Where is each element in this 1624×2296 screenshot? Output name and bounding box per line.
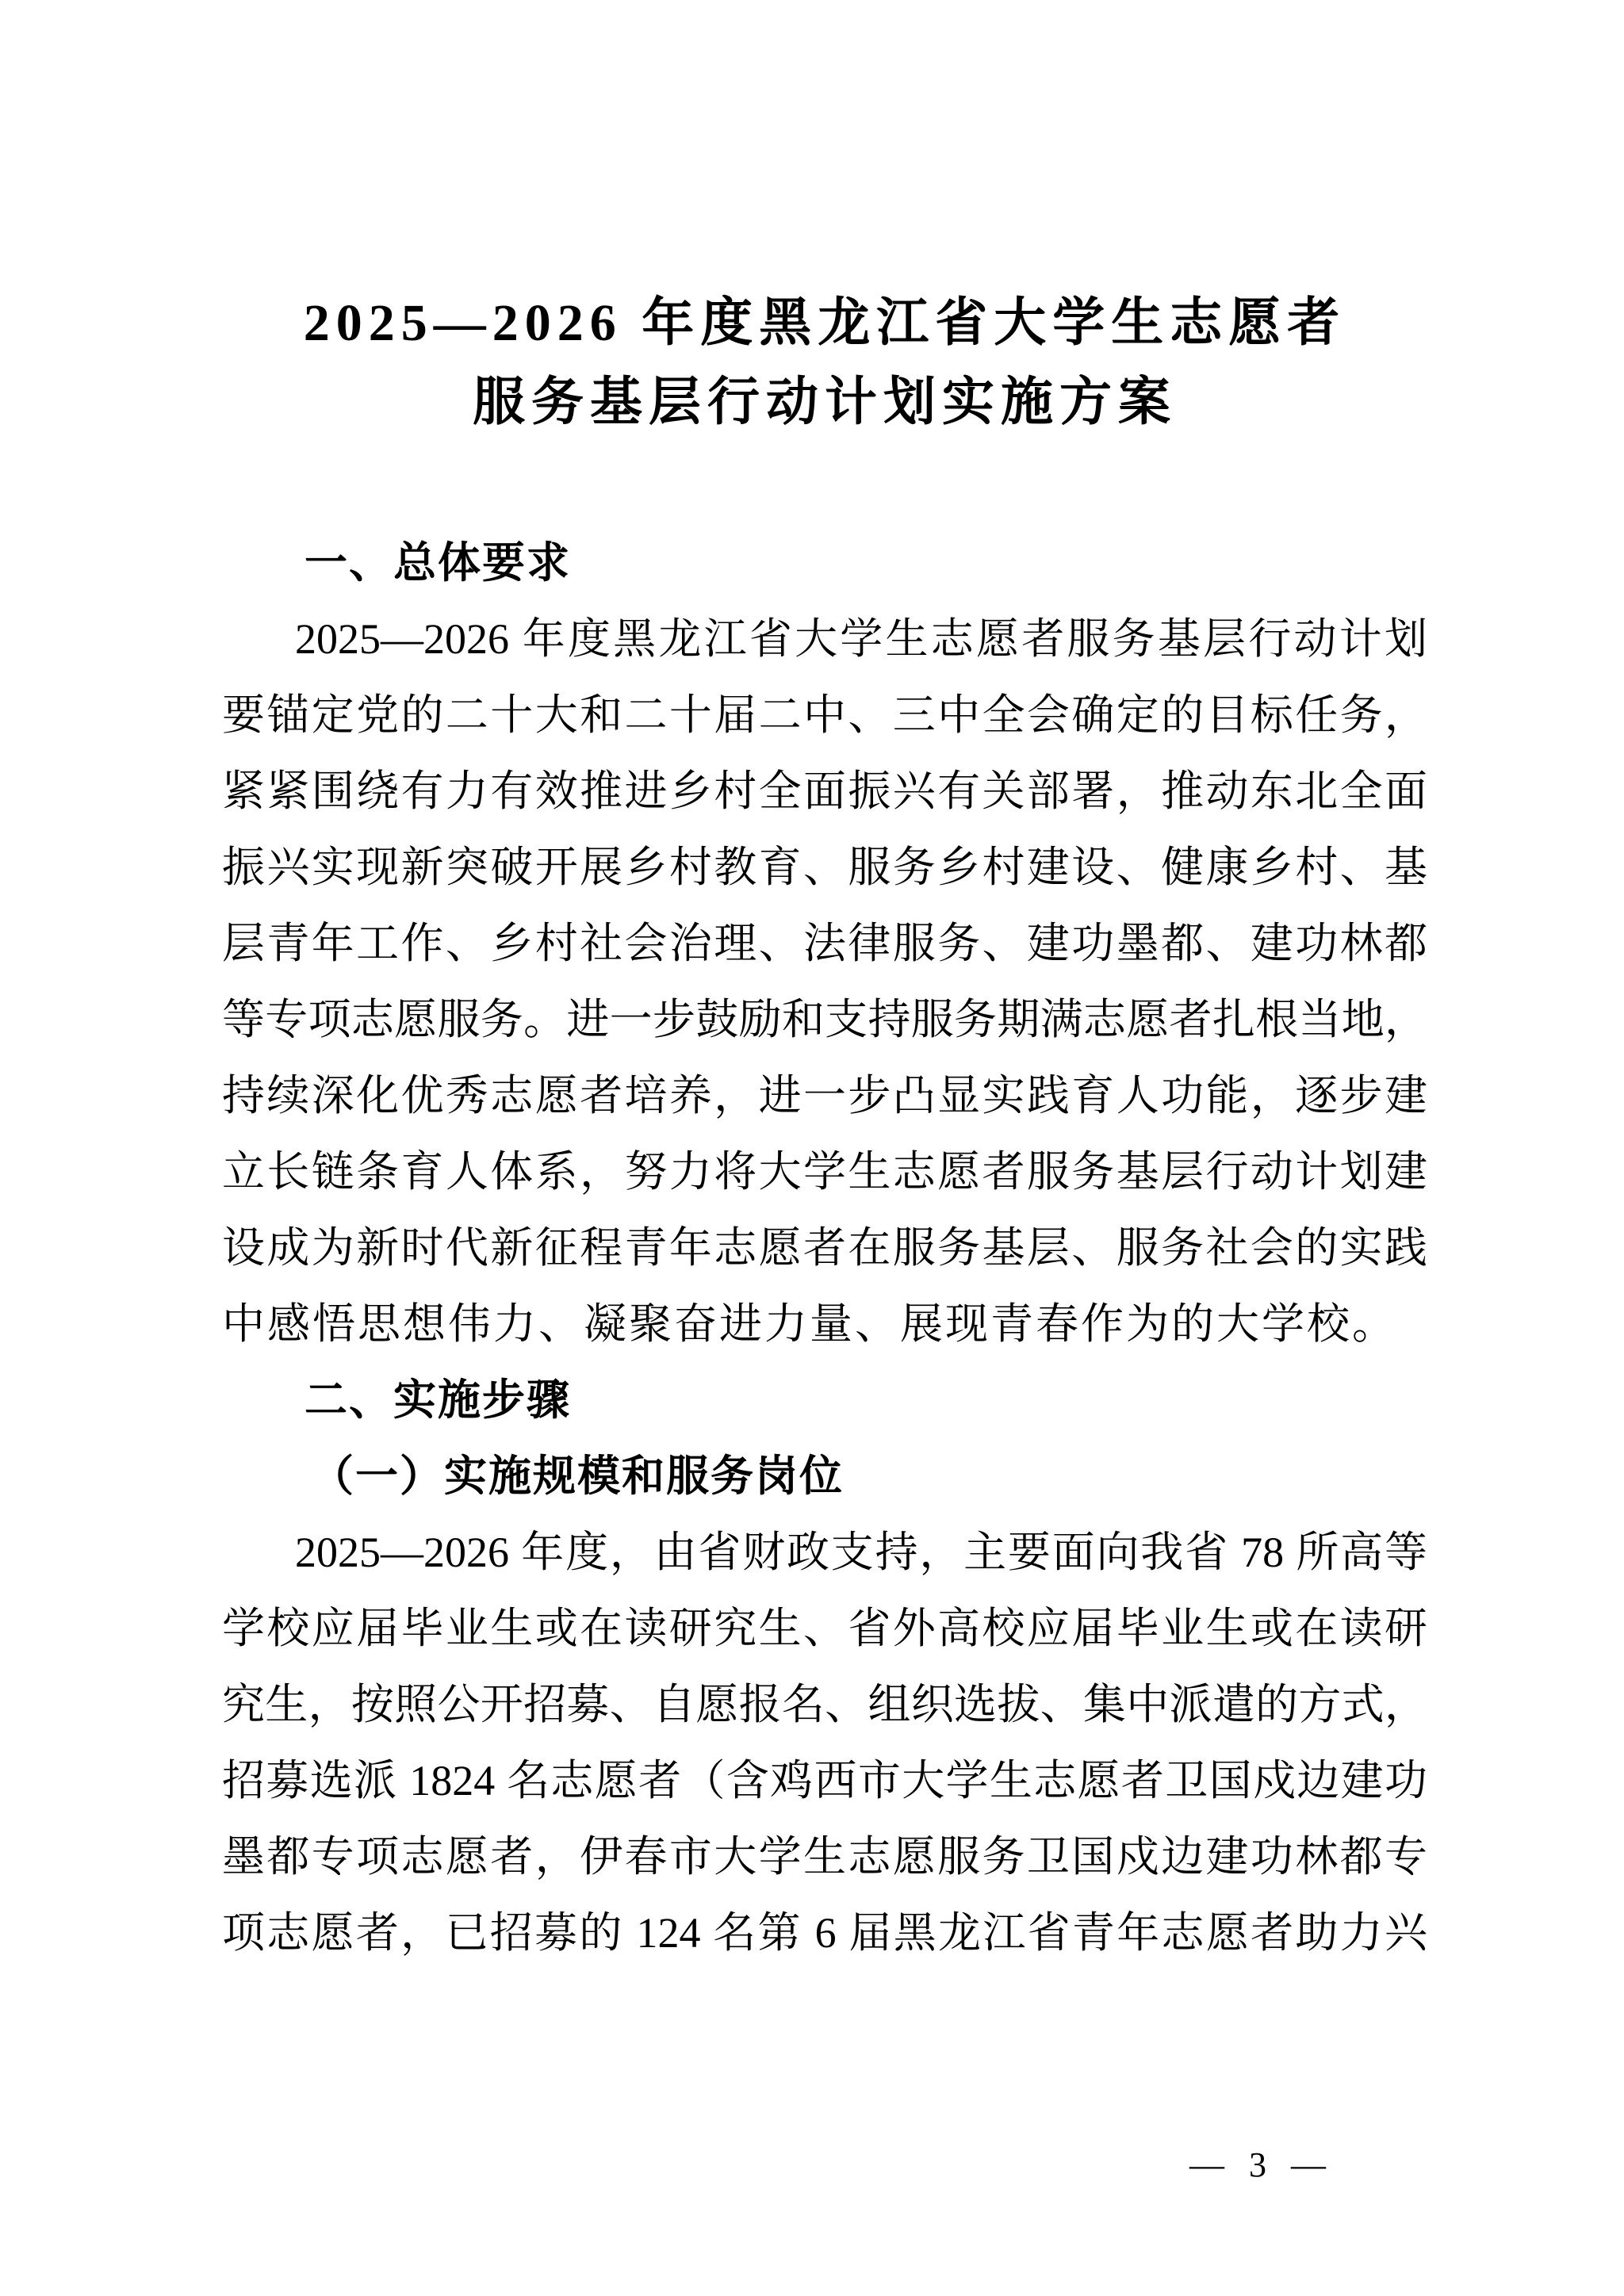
title-line-2: 服务基层行动计划实施方案 xyxy=(222,363,1427,442)
document-body: 一、总体要求 2025—2026 年度黑龙江省大学生志愿者服务基层行动计划 要锚… xyxy=(222,525,1427,1971)
page-number: — 3 — xyxy=(1189,2127,1334,2203)
paragraph-line: 要锚定党的二十大和二十届二中、三中全会确定的目标任务， xyxy=(222,677,1427,753)
paragraph-line: 2025—2026 年度黑龙江省大学生志愿者服务基层行动计划 xyxy=(222,601,1427,677)
paragraph-line: 振兴实现新突破开展乡村教育、服务乡村建设、健康乡村、基 xyxy=(222,829,1427,905)
document-title: 2025—2026 年度黑龙江省大学生志愿者 服务基层行动计划实施方案 xyxy=(222,284,1427,442)
document-page: 2025—2026 年度黑龙江省大学生志愿者 服务基层行动计划实施方案 一、总体… xyxy=(0,0,1624,2296)
paragraph-line: 项志愿者，已招募的 124 名第 6 届黑龙江省青年志愿者助力兴 xyxy=(222,1895,1427,1971)
paragraph-line: 立长链条育人体系，努力将大学生志愿者服务基层行动计划建 xyxy=(222,1134,1427,1210)
section-subheading-scale-and-positions: （一）实施规模和服务岗位 xyxy=(222,1438,1427,1514)
title-line-1: 2025—2026 年度黑龙江省大学生志愿者 xyxy=(222,284,1427,363)
section-heading-overall-requirements: 一、总体要求 xyxy=(222,525,1427,601)
paragraph-line: 2025—2026 年度，由省财政支持，主要面向我省 78 所高等 xyxy=(222,1514,1427,1590)
paragraph-line: 持续深化优秀志愿者培养，进一步凸显实践育人功能，逐步建 xyxy=(222,1058,1427,1134)
paragraph-line: 中感悟思想伟力、凝聚奋进力量、展现青春作为的大学校。 xyxy=(222,1286,1427,1362)
paragraph-line: 究生，按照公开招募、自愿报名、组织选拔、集中派遣的方式， xyxy=(222,1667,1427,1743)
paragraph-line: 学校应届毕业生或在读研究生、省外高校应届毕业生或在读研 xyxy=(222,1590,1427,1667)
paragraph-line: 招募选派 1824 名志愿者（含鸡西市大学生志愿者卫国戍边建功 xyxy=(222,1743,1427,1819)
paragraph-line: 等专项志愿服务。进一步鼓励和支持服务期满志愿者扎根当地， xyxy=(222,982,1427,1058)
paragraph-line: 墨都专项志愿者，伊春市大学生志愿服务卫国戍边建功林都专 xyxy=(222,1819,1427,1895)
paragraph-line: 设成为新时代新征程青年志愿者在服务基层、服务社会的实践 xyxy=(222,1210,1427,1286)
paragraph-line: 紧紧围绕有力有效推进乡村全面振兴有关部署，推动东北全面 xyxy=(222,753,1427,829)
section-heading-implementation-steps: 二、实施步骤 xyxy=(222,1362,1427,1438)
paragraph-line: 层青年工作、乡村社会治理、法律服务、建功墨都、建功林都 xyxy=(222,905,1427,982)
